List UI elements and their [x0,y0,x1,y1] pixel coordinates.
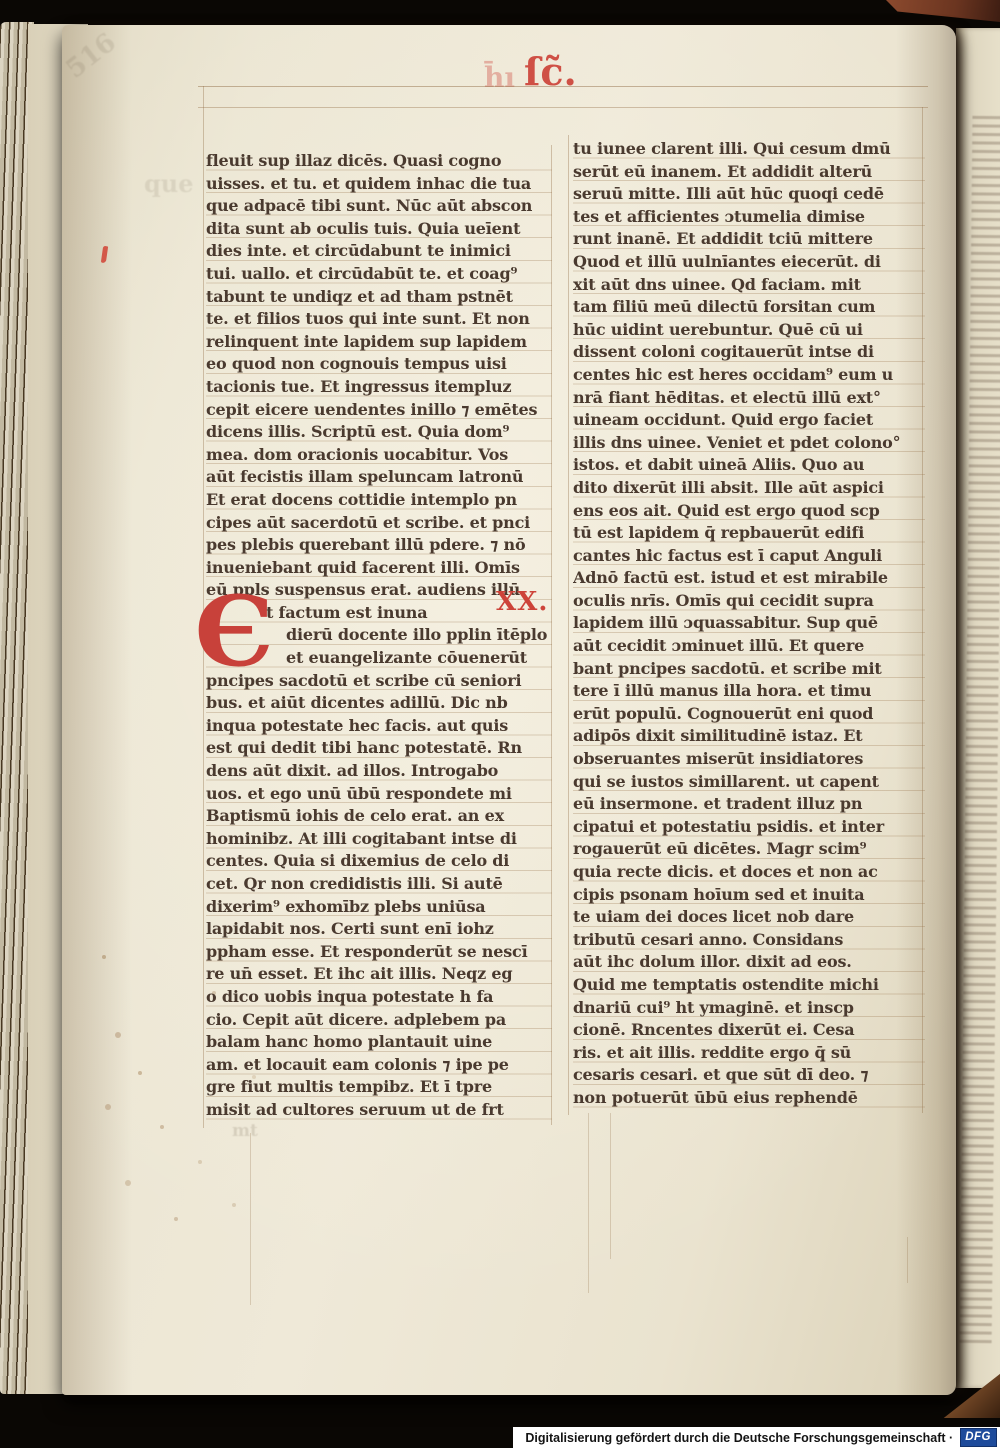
ruling-vline-extension [588,1113,589,1293]
header-rule [198,107,928,108]
banner-text: Digitalisierung gefördert durch die Deut… [525,1431,953,1445]
text-line: lapidem illū ɔquassabitur. Sup quē [573,612,925,635]
show-through-word: que [144,169,194,198]
text-line: centes. Quia si dixemius de celo di [206,850,552,873]
text-line: tu iunee clarent illi. Qui cesum dmū [573,138,925,161]
illuminated-initial: Є [194,591,273,673]
text-line: tributū cesari anno. Considans [573,929,925,952]
running-title-bold-part: ſc̃. [524,49,577,94]
text-line: hominibz. At illi cogitabant intse di [206,828,552,851]
text-line: bant pncipes sacdotū. et scribe mit [573,658,925,681]
text-line: tū est lapidem q̄ repbauerūt edifi [573,522,925,545]
text-line: serūt eū inanem. Et addidit alterū [573,161,925,184]
text-line: aūt ihc dolum illor. dixit ad eos. [573,951,925,974]
text-line: istos. et dabit uineā Aliis. Quo au [573,454,925,477]
digitization-banner: Digitalisierung gefördert durch die Deut… [513,1427,1000,1448]
text-line: misit ad cultores seruum ut de frt [206,1099,552,1122]
text-line: uisses. et tu. et quidem inhac die tua [206,173,552,196]
text-line: dicens illis. Scriptū est. Quia dom⁹ [206,421,552,444]
text-line: aūt fecistis illam speluncam latronū [206,466,552,489]
text-line: oculis nrīs. Omīs qui cecidit supra [573,590,925,613]
text-line: centes hic est heres occidam⁹ eum u [573,364,925,387]
text-line: lapidabit nos. Certi sunt enī iohz [206,918,552,941]
text-line: tere ī illū manus illa hora. et timu [573,680,925,703]
text-line: erūt populū. Cognouerūt eni quod [573,703,925,726]
text-line: que adpacē tibi sunt. Nūc aūt abscon [206,195,552,218]
chapter-number: XX. [496,587,548,617]
text-line: mea. dom oracionis uocabitur. Vos [206,444,552,467]
text-line: tacionis tue. Et ingressus itempluz [206,376,552,399]
text-line: tabunt te undiqz et ad tham pstnēt [206,286,552,309]
text-line: qui se iustos simillarent. ut capent [573,771,925,794]
text-line: dito dixerūt illi absit. Ille aūt aspici [573,477,925,500]
text-line: cipes aūt sacerdotū et scribe. et pnci [206,512,552,535]
ruling-vline-extension [610,1113,611,1259]
text-line: non potuerūt ūbū eius rephendē [573,1087,925,1110]
text-line: pes plebis querebant illū pdere. ⁊ nō [206,534,552,557]
text-line: dixerim⁹ exhomībz plebs uniūsa [206,896,552,919]
text-line: ens eos ait. Quid est ergo quod scp [573,500,925,523]
text-line: xit aūt dns uinee. Qd faciam. mit [573,274,925,297]
text-line: tes et afficientes ɔtumelia dimise [573,206,925,229]
text-line: ris. et ait illis. reddite ergo q̄ sū [573,1042,925,1065]
text-line: tam filiū meū dilectū forsitan cum [573,296,925,319]
text-line: illis dns uinee. Veniet et pdet colono° [573,432,925,455]
show-through-word-small: mt [232,1121,258,1141]
text-line: runt inanē. Et addidit tciū mittere [573,228,925,251]
header-rule [198,86,928,87]
text-line: adipōs dixit similitudinē istaz. Et [573,725,925,748]
text-line: nrā fiant hēditas. et electū illū ext° [573,387,925,410]
text-line: Baptismū iohis de celo erat. an ex [206,805,552,828]
text-line: eo quod non cognouis tempus uisi [206,353,552,376]
text-line: obseruantes miserūt insidiatores [573,748,925,771]
text-line: inqua potestate hec facis. aut quis [206,715,552,738]
text-line: tui. uallo. et circūdabūt te. et coag⁹ [206,263,552,286]
text-line: dies inte. et circūdabunt te inimici [206,240,552,263]
text-line: cio. Cepit aūt dicere. adplebem pa [206,1009,552,1032]
text-line: seruū mitte. Illi aūt hūc quoqi cedē [573,183,925,206]
text-line: dissent coloni cogitauerūt intse di [573,341,925,364]
ruling-vline-extension [250,1133,251,1305]
text-line: te uiam dei doces licet nob dare [573,906,925,929]
text-line: cet. Qr non credidistis illi. Si autē [206,873,552,896]
facing-page-edge [956,28,1000,1388]
text-line: cionē. Rncentes dixerūt ei. Cesa [573,1019,925,1042]
parchment-stains [102,955,106,959]
text-line: dnariū cui⁹ ht ymaginē. et inscp [573,997,925,1020]
text-line: Et erat docens cottidie intemplo pn [206,489,552,512]
facing-page-text-blur [960,116,1000,1346]
text-column-right: tu iunee clarent illi. Qui cesum dmūserū… [573,138,925,1110]
text-line: dita sunt ab oculis tuis. Quia ueīent [206,218,552,241]
text-line: te. et filios tuos qui inte sunt. Et non [206,308,552,331]
text-line: eū insermone. et tradent illuz pn [573,793,925,816]
text-line: uos. et ego unū ūbū respondete mi [206,783,552,806]
text-line: dens aūt dixit. ad illos. Introgabo [206,760,552,783]
text-line: cipis psonam hoīum sed et inuita [573,884,925,907]
text-line: uineam occidunt. Quid ergo faciet [573,409,925,432]
ruling-vline [568,135,569,1115]
text-line: o dico uobis inqua potestate h fa [206,986,552,1009]
text-line: ppham esse. Et responderūt se nescī [206,941,552,964]
text-line: am. et locauit eam colonis ⁊ ipe pe [206,1054,552,1077]
manuscript-scan: 516 que mt h̄ı ſc̃. fleuit sup illaz dic… [0,0,1000,1448]
text-line: relinquent inte lapidem sup lapidem [206,331,552,354]
text-line: cipatui et potestatiu psidis. et inter [573,816,925,839]
text-line: hūc uidint uerebuntur. Quē cū ui [573,319,925,342]
text-line: cantes hic factus est ī caput Anguli [573,545,925,568]
text-line: est qui dedit tibi hanc potestatē. Rn [206,737,552,760]
text-line: aūt cecidit ɔminuet illū. Et quere [573,635,925,658]
gutter-shadow [62,25,132,1395]
text-line: gre fiut multis tempibz. Et ī tpre [206,1076,552,1099]
text-line: Quod et illū uulnīantes eiecerūt. di [573,251,925,274]
text-line: rogauerūt eū dicētes. Magr scim⁹ [573,838,925,861]
text-line: bus. et aiūt dicentes adillū. Dic nb [206,692,552,715]
text-line: balam hanc homo plantauit uine [206,1031,552,1054]
text-line: quia recte dicis. et doces et non ac [573,861,925,884]
text-line: cesaris cesari. et que sūt dī deo. ⁊ [573,1064,925,1087]
dfg-logo: DFG [960,1428,997,1447]
text-line: fleuit sup illaz dicēs. Quasi cogno [206,150,552,173]
text-line: Adnō factū est. istud et est mirabile [573,567,925,590]
running-title-faint-part: h̄ı [484,61,515,94]
text-line: re un̄ esset. Et ihc ait illis. Neqz eg [206,963,552,986]
text-line: cepit eicere uendentes inillo ⁊ emētes [206,399,552,422]
manuscript-page: 516 que mt h̄ı ſc̃. fleuit sup illaz dic… [62,25,956,1395]
binding-leather-top [886,0,1000,22]
text-line: Quid me temptatis ostendite michi [573,974,925,997]
ruling-vline-extension [907,1237,908,1283]
